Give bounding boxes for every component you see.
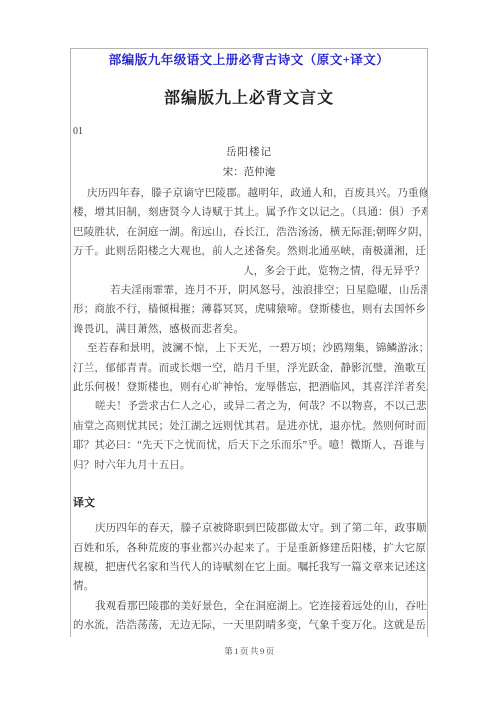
text-line: 耶？其必曰：“先天下之忧而忧，后天下之乐而乐”乎。噫！微斯人，吾谁与 [73,436,425,455]
text-line: 谗畏讥，满目萧然，感极而悲者矣。 [73,320,425,339]
translation-heading: 译文 [73,495,425,511]
article-body: 庆历四年春，滕子京谪守巴陵郡。越明年，政通人和，百废具兴。乃重修岳阳楼，增其旧制… [73,184,425,475]
text-line: 嗟夫！予尝求古仁人之心，或异二者之为，何哉？不以物喜，不以己悲；居 [73,397,425,416]
text-line: 我观看那巴陵郡的美好景色，全在洞庭湖上。它连接着远处的山，吞吐长江 [73,597,425,616]
text-line: 庙堂之高则忧其民；处江湖之远则忧其君。是进亦忧，退亦忧。然则何时而乐 [73,417,425,436]
text-line: 庆历四年春，滕子京谪守巴陵郡。越明年，政通人和，百废具兴。乃重修岳阳 [73,184,425,203]
text-line: 情。 [73,577,425,596]
text-line: 人，多会于此，览物之情，得无异乎？ [73,262,425,281]
text-line: 规模，把唐代名家和当代人的诗赋刻在它上面。嘱托我写一篇文章来记述这件事 [73,558,425,577]
text-line: 巴陵胜状，在洞庭一湖。衔远山，吞长江，浩浩汤汤，横无际涯;朝晖夕阴，气象 [73,223,425,242]
text-line: 万千。此则岳阳楼之大观也，前人之述备矣。然则北通巫峡，南极潇湘，迁客骚 [73,242,425,261]
page-number-footer: 第1页共9页 [0,645,500,657]
text-line: 的水流，浩浩荡荡，无边无际，一天里阴晴多变，气象千变万化。这就是岳阳楼 [73,616,425,635]
text-line: 形；商旅不行，樯倾楫摧；薄暮冥冥，虎啸猿啼。登斯楼也，则有去国怀乡，忧 [73,300,425,319]
translation-body: 庆历四年的春天，滕子京被降职到巴陵郡做太守。到了第二年，政事顺利，百姓和乐，各种… [73,519,425,635]
text-line: 此乐何极！登斯楼也，则有心旷神怡，宠辱偕忘，把酒临风，其喜洋洋者矣。 [73,378,425,397]
text-line: 庆历四年的春天，滕子京被降职到巴陵郡做太守。到了第二年，政事顺利， [73,519,425,538]
section-title: 部编版九上必背文言文 [73,88,425,110]
text-line: 至若春和景明，波澜不惊，上下天光，一碧万顷；沙鸥翔集，锦鳞游泳；岸芷 [73,339,425,358]
item-number: 01 [73,125,425,139]
text-line: 汀兰，郁郁青青。而或长烟一空，皓月千里，浮光跃金，静影沉璧，渔歌互答， [73,359,425,378]
article-title: 岳阳楼记 [73,146,425,160]
text-line: 归？时六年九月十五日。 [73,456,425,475]
article-author: 宋：范仲淹 [73,166,425,180]
text-line: 若夫淫雨霏霏，连月不开，阴风怒号，浊浪排空；日星隐曜，山岳潜 [73,281,425,300]
document-page-border: 部编版九年级语文上册必背古诗文（原文+译文） 部编版九上必背文言文 01 岳阳楼… [70,48,428,637]
text-line: 楼，增其旧制，刻唐贤今人诗赋于其上。属予作文以记之。（具通：俱）予观夫 [73,203,425,222]
text-line: 百姓和乐，各种荒废的事业都兴办起来了。于是重新修建岳阳楼，扩大它原有的 [73,539,425,558]
document-title: 部编版九年级语文上册必背古诗文（原文+译文） [73,51,425,70]
